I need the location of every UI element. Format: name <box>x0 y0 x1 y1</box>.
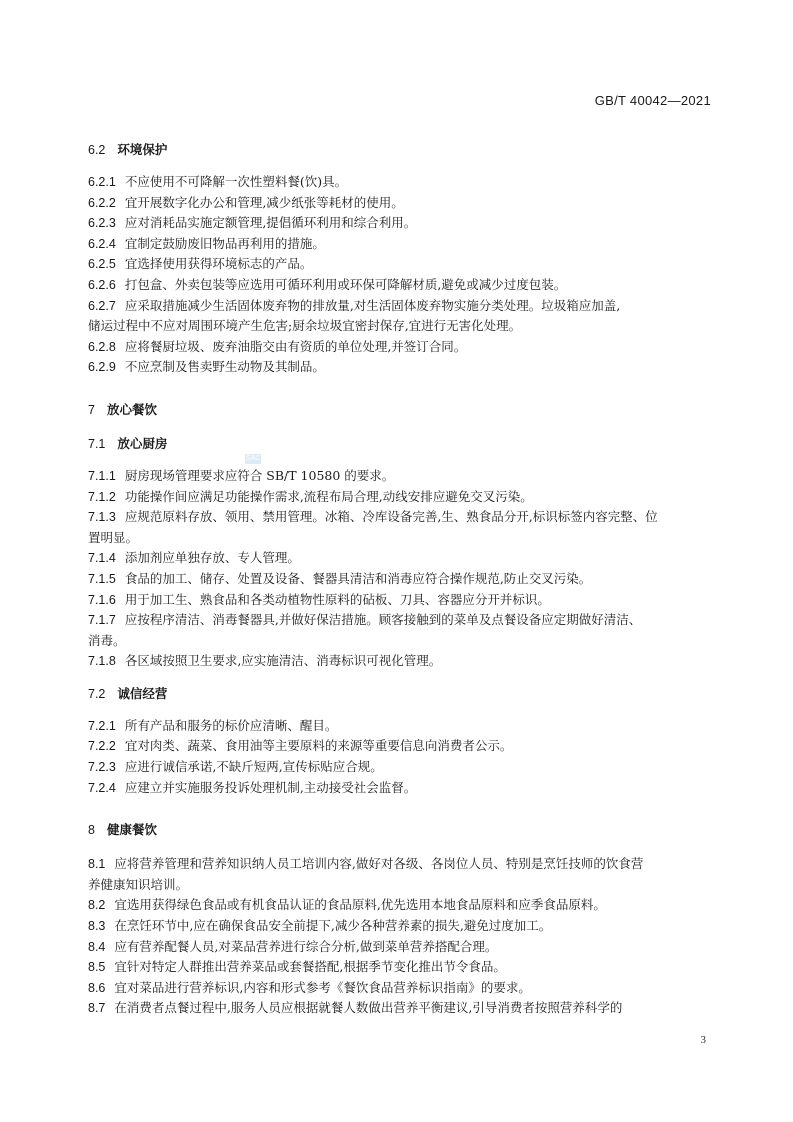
clause-number: 6.2.4 <box>88 234 116 255</box>
section-heading-7-2: 7.2诚信经营 <box>88 684 720 704</box>
clause-number: 7.1.5 <box>88 569 116 590</box>
clause-text: 宜制定鼓励废旧物品再利用的措施。 <box>125 236 325 251</box>
clause-6-2-9: 6.2.9不应烹制及售卖野生动物及其制品。 <box>88 357 720 378</box>
clause-6-2-7-continued: 储运过程中不应对周围环境产生危害;厨余垃圾宜密封保存,宜进行无害化处理。 <box>88 316 720 337</box>
clause-8-5: 8.5宜针对特定人群推出营养菜品或套餐搭配,根据季节变化推出节令食品。 <box>88 957 720 978</box>
clause-number: 7.1.1 <box>88 466 116 487</box>
chapter-number: 8 <box>88 820 95 840</box>
chapter-title: 健康餐饮 <box>107 822 157 837</box>
clause-text: 功能操作间应满足功能操作需求,流程布局合理,动线安排应避免交叉污染。 <box>125 489 533 504</box>
clause-number: 8.4 <box>88 937 105 958</box>
chapter-heading-8: 8健康餐饮 <box>88 820 720 840</box>
clause-text: 应采取措施减少生活固体废弃物的排放量,对生活固体废弃物实施分类处理。垃圾箱应加盖… <box>125 298 620 313</box>
clause-text: 不应烹制及售卖野生动物及其制品。 <box>125 359 325 374</box>
clause-text: 用于加工生、熟食品和各类动植物性原料的砧板、刀具、容器应分开并标识。 <box>125 592 550 607</box>
clause-text: 应规范原料存放、领用、禁用管理。冰箱、冷库设备完善,生、熟食品分开,标识标签内容… <box>125 509 658 524</box>
clause-7-2-2: 7.2.2宜对肉类、蔬菜、食用油等主要原料的来源等重要信息向消费者公示。 <box>88 736 720 757</box>
clause-7-1-6: 7.1.6用于加工生、熟食品和各类动植物性原料的砧板、刀具、容器应分开并标识。 <box>88 590 720 611</box>
clause-number: 8.6 <box>88 978 105 999</box>
clause-text: 不应使用不可降解一次性塑料餐(饮)具。 <box>125 174 347 189</box>
clause-text: 宜开展数字化办公和管理,减少纸张等耗材的使用。 <box>125 195 404 210</box>
clause-text: 添加剂应单独存放、专人管理。 <box>125 550 300 565</box>
section-number: 7.1 <box>88 434 105 454</box>
section-number: 7.2 <box>88 684 105 704</box>
clause-text: 应建立并实施服务投诉处理机制,主动接受社会监督。 <box>125 780 416 795</box>
clause-number: 8.5 <box>88 957 105 978</box>
chapter-title: 放心餐饮 <box>107 402 157 417</box>
clause-number: 6.2.9 <box>88 357 116 378</box>
chapter-heading-7: 7放心餐饮 <box>88 400 720 420</box>
clause-text: 应对消耗品实施定额管理,提倡循环利用和综合利用。 <box>125 215 416 230</box>
clause-text: 宜选择使用获得环境标志的产品。 <box>125 256 313 271</box>
section-number: 6.2 <box>88 140 105 160</box>
clause-number: 7.1.7 <box>88 610 116 631</box>
clause-6-2-1: 6.2.1不应使用不可降解一次性塑料餐(饮)具。 <box>88 172 720 193</box>
clause-number: 6.2.2 <box>88 193 116 214</box>
clause-7-1-8: 7.1.8各区域按照卫生要求,应实施清洁、消毒标识可视化管理。 <box>88 651 720 672</box>
clause-text: 应按程序清洁、消毒餐器具,并做好保洁措施。顾客接触到的菜单及点餐设备应定期做好清… <box>125 612 641 627</box>
clause-text: 应将营养管理和营养知识纳人员工培训内容,做好对各级、各岗位人员、特别是烹饪技师的… <box>114 856 643 871</box>
clause-7-2-4: 7.2.4应建立并实施服务投诉处理机制,主动接受社会监督。 <box>88 778 720 799</box>
clause-number: 7.2.3 <box>88 757 116 778</box>
clause-number: 6.2.7 <box>88 296 116 317</box>
standard-number: GB/T 40042—2021 <box>595 93 711 108</box>
clause-7-1-7-continued: 消毒。 <box>88 631 720 652</box>
clause-number: 8.7 <box>88 998 105 1019</box>
chapter-number: 7 <box>88 400 95 420</box>
clause-text: 厨房现场管理要求应符合 SB/T 10580 的要求。 <box>125 468 394 483</box>
clause-6-2-5: 6.2.5宜选择使用获得环境标志的产品。 <box>88 254 720 275</box>
clause-number: 7.1.4 <box>88 548 116 569</box>
clause-7-1-3-continued: 置明显。 <box>88 528 720 549</box>
clause-6-2-3: 6.2.3应对消耗品实施定额管理,提倡循环利用和综合利用。 <box>88 213 720 234</box>
clause-8-2: 8.2宜选用获得绿色食品或有机食品认证的食品原料,优先选用本地食品原料和应季食品… <box>88 895 720 916</box>
clause-text: 打包盒、外卖包装等应选用可循环利用或环保可降解材质,避免或减少过度包装。 <box>125 277 566 292</box>
clause-6-2-7: 6.2.7应采取措施减少生活固体废弃物的排放量,对生活固体废弃物实施分类处理。垃… <box>88 296 720 317</box>
clause-text: 应有营养配餐人员,对菜品营养进行综合分析,做到菜单营养搭配合理。 <box>114 939 497 954</box>
clause-7-2-3: 7.2.3应进行诚信承诺,不缺斤短两,宣传标贴应合规。 <box>88 757 720 778</box>
clause-text: 宜针对特定人群推出营养菜品或套餐搭配,根据季节变化推出节令食品。 <box>114 959 505 974</box>
clause-8-6: 8.6宜对菜品进行营养标识,内容和形式参考《餐饮食品营养标识指南》的要求。 <box>88 978 720 999</box>
clause-text: 宜对肉类、蔬菜、食用油等主要原料的来源等重要信息向消费者公示。 <box>125 738 513 753</box>
section-title: 诚信经营 <box>117 686 167 701</box>
clause-8-3: 8.3在烹饪环节中,应在确保食品安全前提下,减少各种营养素的损失,避免过度加工。 <box>88 916 720 937</box>
clause-6-2-2: 6.2.2宜开展数字化办公和管理,减少纸张等耗材的使用。 <box>88 193 720 214</box>
clause-text: 在烹饪环节中,应在确保食品安全前提下,减少各种营养素的损失,避免过度加工。 <box>114 918 551 933</box>
clause-number: 6.2.1 <box>88 172 116 193</box>
section-title: 放心厨房 <box>117 436 167 451</box>
clause-8-7: 8.7在消费者点餐过程中,服务人员应根据就餐人数做出营养平衡建议,引导消费者按照… <box>88 998 720 1019</box>
clause-7-1-5: 7.1.5食品的加工、储存、处置及设备、餐器具清洁和消毒应符合操作规范,防止交叉… <box>88 569 720 590</box>
clause-number: 7.1.6 <box>88 590 116 611</box>
clause-number: 7.1.8 <box>88 651 116 672</box>
clause-text: 食品的加工、储存、处置及设备、餐器具清洁和消毒应符合操作规范,防止交叉污染。 <box>125 571 591 586</box>
clause-number: 8.2 <box>88 895 105 916</box>
clause-7-2-1: 7.2.1所有产品和服务的标价应清晰、醒目。 <box>88 716 720 737</box>
clause-text: 在消费者点餐过程中,服务人员应根据就餐人数做出营养平衡建议,引导消费者按照营养科… <box>114 1000 622 1015</box>
clause-text: 宜选用获得绿色食品或有机食品认证的食品原料,优先选用本地食品原料和应季食品原料。 <box>114 897 605 912</box>
clause-8-4: 8.4应有营养配餐人员,对菜品营养进行综合分析,做到菜单营养搭配合理。 <box>88 937 720 958</box>
clause-number: 7.2.2 <box>88 736 116 757</box>
clause-number: 8.3 <box>88 916 105 937</box>
clause-number: 6.2.5 <box>88 254 116 275</box>
document-body: 6.2环境保护 6.2.1不应使用不可降解一次性塑料餐(饮)具。 6.2.2宜开… <box>88 140 720 1019</box>
clause-number: 8.1 <box>88 854 105 875</box>
clause-number: 7.1.3 <box>88 507 116 528</box>
section-heading-6-2: 6.2环境保护 <box>88 140 720 160</box>
clause-number: 6.2.6 <box>88 275 116 296</box>
clause-6-2-4: 6.2.4宜制定鼓励废旧物品再利用的措施。 <box>88 234 720 255</box>
clause-7-1-7: 7.1.7应按程序清洁、消毒餐器具,并做好保洁措施。顾客接触到的菜单及点餐设备应… <box>88 610 720 631</box>
section-heading-7-1: 7.1放心厨房 <box>88 434 720 454</box>
clause-text: 所有产品和服务的标价应清晰、醒目。 <box>125 718 338 733</box>
clause-text: 应进行诚信承诺,不缺斤短两,宣传标贴应合规。 <box>125 759 383 774</box>
clause-8-1: 8.1应将营养管理和营养知识纳人员工培训内容,做好对各级、各岗位人员、特别是烹饪… <box>88 854 720 875</box>
clause-7-1-2: 7.1.2功能操作间应满足功能操作需求,流程布局合理,动线安排应避免交叉污染。 <box>88 487 720 508</box>
clause-text: 各区域按照卫生要求,应实施清洁、消毒标识可视化管理。 <box>125 653 441 668</box>
clause-7-1-3: 7.1.3应规范原料存放、领用、禁用管理。冰箱、冷库设备完善,生、熟食品分开,标… <box>88 507 720 528</box>
clause-number: 7.2.4 <box>88 778 116 799</box>
clause-6-2-8: 6.2.8应将餐厨垃圾、废弃油脂交由有资质的单位处理,并签订合同。 <box>88 337 720 358</box>
clause-number: 6.2.3 <box>88 213 116 234</box>
clause-8-1-continued: 养健康知识培训。 <box>88 875 720 896</box>
clause-7-1-1: 7.1.1厨房现场管理要求应符合 SB/T 10580 的要求。 <box>88 466 720 487</box>
clause-text: 应将餐厨垃圾、废弃油脂交由有资质的单位处理,并签订合同。 <box>125 339 466 354</box>
clause-number: 7.2.1 <box>88 716 116 737</box>
section-title: 环境保护 <box>117 142 167 157</box>
clause-6-2-6: 6.2.6打包盒、外卖包装等应选用可循环利用或环保可降解材质,避免或减少过度包装… <box>88 275 720 296</box>
clause-text: 宜对菜品进行营养标识,内容和形式参考《餐饮食品营养标识指南》的要求。 <box>114 980 530 995</box>
clause-number: 7.1.2 <box>88 487 116 508</box>
clause-7-1-4: 7.1.4添加剂应单独存放、专人管理。 <box>88 548 720 569</box>
clause-number: 6.2.8 <box>88 337 116 358</box>
page-number: 3 <box>701 1034 707 1046</box>
